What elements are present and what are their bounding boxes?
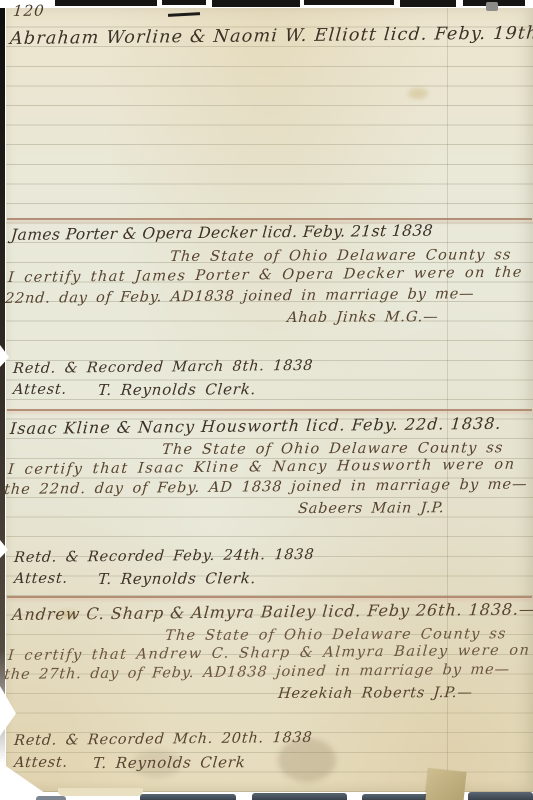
returned-recorded-line: Retd. & Recorded Feby. 24th. 1838 <box>13 548 315 566</box>
binding-edge <box>0 8 5 764</box>
next-page-fragment <box>140 794 236 800</box>
officiant-signature: Sabeers Main J.P. <box>297 501 445 516</box>
entry-separator-rule <box>7 409 532 411</box>
returned-recorded-line: Retd. & Recorded March 8th. 1838 <box>12 359 313 377</box>
stain <box>408 88 428 99</box>
next-page-fragment <box>36 796 66 800</box>
returned-recorded-line: Retd. & Recorded Mch. 20th. 1838 <box>13 731 313 749</box>
officiant-signature: Ahab Jinks M.G.— <box>286 310 439 325</box>
next-page-fragment <box>252 793 347 800</box>
torn-edge-fragment <box>400 0 456 7</box>
next-page-fragment <box>468 792 533 800</box>
entry-separator-rule <box>7 596 532 598</box>
torn-edge-fragment <box>212 0 300 7</box>
officiant-signature: Hezekiah Roberts J.P.— <box>277 686 473 702</box>
state-county-line: The State of Ohio Delaware County ss <box>164 627 507 643</box>
clerk-signature: T. Reynolds Clerk <box>92 755 246 771</box>
clerk-signature: T. Reynolds Clerk. <box>97 571 256 587</box>
attest-label: Attest. <box>13 756 68 771</box>
paper-ragged-bump <box>58 788 143 796</box>
entry-separator-rule <box>7 218 532 220</box>
attest-label: Attest. <box>12 383 67 398</box>
next-page-fragment <box>362 794 430 800</box>
torn-edge-fragment <box>486 2 498 11</box>
state-county-line: The State of Ohio Delaware County ss <box>169 248 512 264</box>
attest-label: Attest. <box>13 572 68 587</box>
state-county-line: The State of Ohio Delaware County ss <box>161 441 504 457</box>
torn-edge-fragment <box>162 0 206 5</box>
torn-edge-fragment <box>304 0 394 5</box>
torn-edge-fragment <box>55 0 157 6</box>
clerk-signature: T. Reynolds Clerk. <box>97 382 256 398</box>
scanned-ledger-page: { "document": { "page_number": "120" }, … <box>0 0 533 800</box>
page-number: 120 <box>12 4 45 19</box>
tape-repair <box>425 768 466 800</box>
